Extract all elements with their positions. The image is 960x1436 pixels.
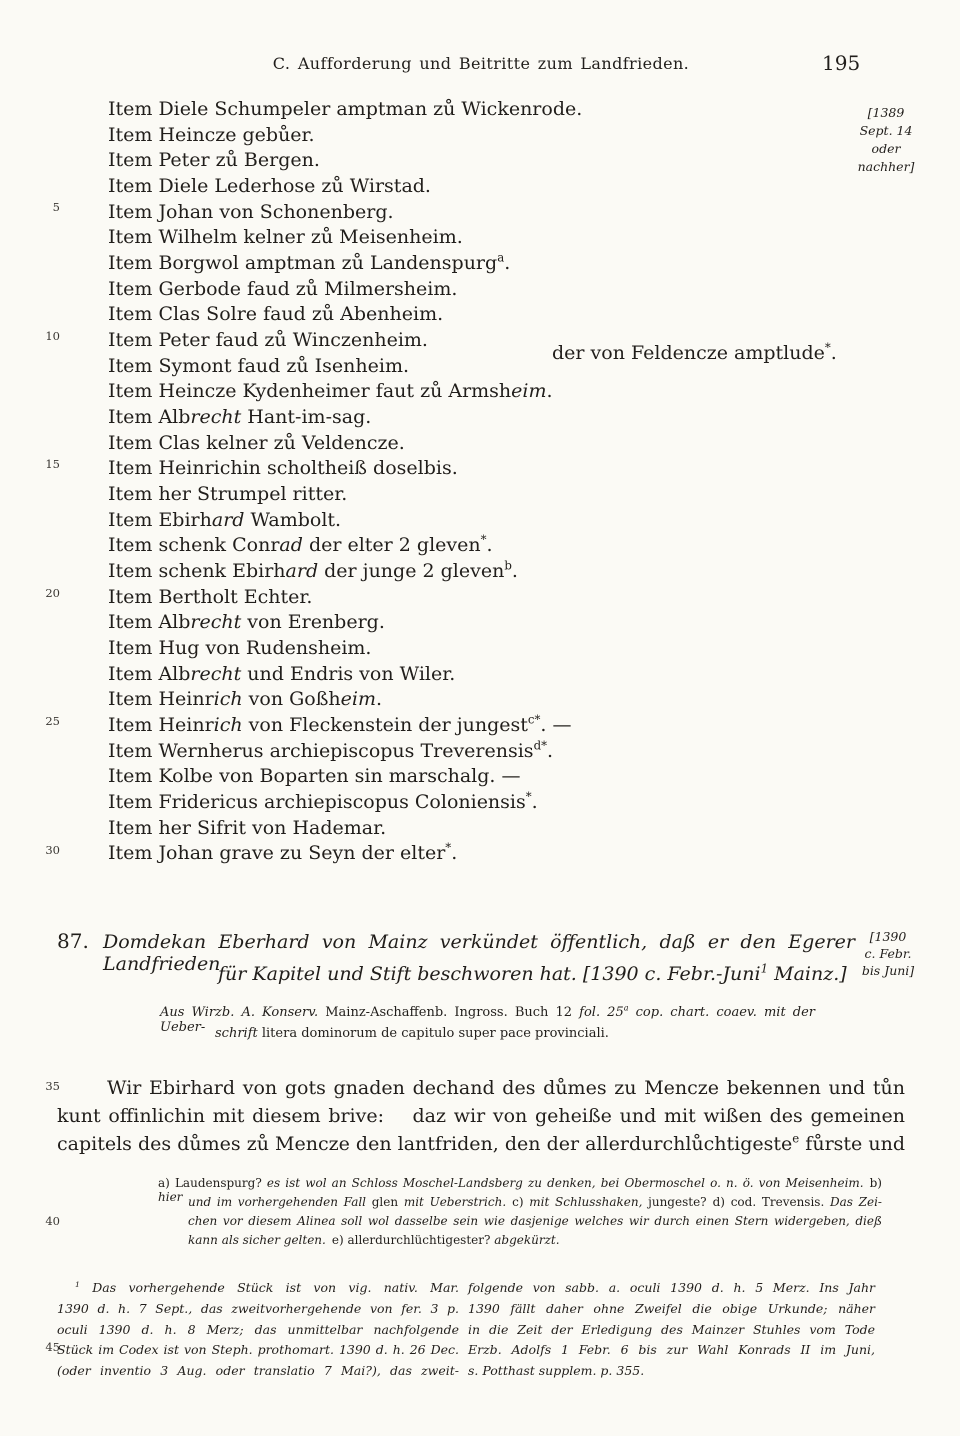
footnote-line: 1390 fällt daher ohne Zweifel die obige … (468, 1299, 875, 1320)
line-number: 20 (34, 586, 60, 600)
body-text-line: kunt offinlichin mit diesem brive: daz w… (57, 1105, 905, 1127)
list-item: Item Albrecht Hant-im-sag. (108, 405, 582, 431)
line-number: 5 (34, 200, 60, 214)
list-item: Item Hug von Rudensheim. (108, 636, 582, 662)
footnote-line: 1390 d. h. 7 Sept., das zweitvorhergehen… (57, 1299, 459, 1320)
list-item: Item Johan von Schonenberg. (108, 200, 582, 226)
scanned-book-page: C. Aufforderung und Beitritte zum Landfr… (0, 0, 960, 1436)
list-item: Item Gerbode faud zů Milmersheim. (108, 277, 582, 303)
group-brace-icon (524, 246, 556, 484)
section-number: 87. (57, 929, 89, 953)
margin-note-line: nachher] (842, 158, 930, 176)
footnote-left-column: 1 Das vorhergehende Stück ist von vig. n… (57, 1278, 459, 1382)
margin-note-line: oder (842, 140, 930, 158)
list-item: Item Heincze gebůer. (108, 123, 582, 149)
list-item: Item Heincze Kydenheimer faut zů Armshei… (108, 379, 582, 405)
list-item: Item Diele Schumpeler amptman zů Wickenr… (108, 97, 582, 123)
page-number: 195 (822, 51, 860, 75)
margin-note-line: c. Febr. (848, 945, 928, 962)
apparatus-footnote-line: chen vor diesem Alinea soll wol dasselbe… (188, 1214, 882, 1228)
list-item: Item Wernherus archiepiscopus Treverensi… (108, 739, 582, 765)
list-item: Item Fridericus archiepiscopus Coloniens… (108, 790, 582, 816)
list-item: Item Peter zů Bergen. (108, 148, 582, 174)
item-list: Item Diele Schumpeler amptman zů Wickenr… (108, 97, 582, 867)
margin-note-line: [1390 (848, 928, 928, 945)
list-item: Item Albrecht und Endris von Wiler. (108, 662, 582, 688)
line-number: 15 (34, 457, 60, 471)
list-item: Item Albrecht von Erenberg. (108, 610, 582, 636)
margin-date-note-1390: [1390 c. Febr. bis Juni] (848, 928, 928, 979)
footnote-line: Stück im Codex ist von Steph. prothomart… (57, 1340, 459, 1361)
list-item: Item schenk Conrad der elter 2 gleven*. (108, 533, 582, 559)
apparatus-footnote-line: kann als sicher gelten. e) allerdurchlüc… (188, 1233, 560, 1247)
list-item: Item Symont faud zů Isenheim. (108, 354, 582, 380)
list-item: Item her Sifrit von Hademar. (108, 816, 582, 842)
list-item: Item Bertholt Echter. (108, 585, 582, 611)
list-item: Item Clas Solre faud zů Abenheim. (108, 302, 582, 328)
source-note-line: schrift litera dominorum de capitulo sup… (215, 1026, 609, 1041)
list-item: Item Wilhelm kelner zů Meisenheim. (108, 225, 582, 251)
section-title-line: für Kapitel und Stift beschworen hat. [1… (218, 963, 847, 985)
list-item: Item Heinrichin scholtheiß doselbis. (108, 456, 582, 482)
footnote-line: s. Potthast supplem. p. 355. (468, 1361, 875, 1382)
list-item: Item Ebirhard Wambolt. (108, 508, 582, 534)
line-number: 30 (34, 843, 60, 857)
list-item: Item Peter faud zů Winczenheim. (108, 328, 582, 354)
list-item: Item Clas kelner zů Veldencze. (108, 431, 582, 457)
body-text-line: Wir Ebirhard von gots gnaden dechand des… (57, 1077, 905, 1099)
list-item: Item Kolbe von Boparten sin marschalg. — (108, 764, 582, 790)
footnote-line: 1 Das vorhergehende Stück ist von vig. n… (57, 1278, 459, 1299)
footnote-line: folgende von sabb. a. oculi 1390 d. h. 5… (468, 1278, 875, 1299)
line-number: 40 (34, 1214, 60, 1228)
margin-note-line: Sept. 14 (842, 122, 930, 140)
margin-note-line: bis Juni] (848, 962, 928, 979)
list-item: Item Heinrich von Fleckenstein der junge… (108, 713, 582, 739)
list-item: Item her Strumpel ritter. (108, 482, 582, 508)
margin-date-note-1389: [1389 Sept. 14 oder nachher] (842, 104, 930, 176)
running-header: C. Aufforderung und Beitritte zum Landfr… (57, 54, 905, 73)
list-item: Item Heinrich von Goßheim. (108, 687, 582, 713)
brace-group-label: der von Feldencze amptlude*. (552, 342, 837, 364)
margin-note-line: [1389 (842, 104, 930, 122)
footnote-line: in die Zeit der Erledigung des Mainzer S… (468, 1320, 875, 1341)
body-text-line: capitels des důmes zů Mencze den lantfri… (57, 1133, 905, 1155)
footnote-line: Erzb. Adolfs 1 Febr. 6 bis zur Wahl Konr… (468, 1340, 875, 1361)
line-number: 10 (34, 329, 60, 343)
footnote-line: (oder inventio 3 Aug. oder translatio 7 … (57, 1361, 459, 1382)
list-item: Item schenk Ebirhard der junge 2 glevenb… (108, 559, 582, 585)
footnote-right-column: folgende von sabb. a. oculi 1390 d. h. 5… (468, 1278, 875, 1382)
line-number: 25 (34, 714, 60, 728)
list-item: Item Johan grave zu Seyn der elter*. (108, 841, 582, 867)
footnote-line: oculi 1390 d. h. 8 Merz; das unmittelbar… (57, 1320, 459, 1341)
list-item: Item Borgwol amptman zů Landenspurga. (108, 251, 582, 277)
apparatus-footnote-line: und im vorhergehenden Fall glen mit Uebe… (188, 1195, 882, 1209)
list-item: Item Diele Lederhose zů Wirstad. (108, 174, 582, 200)
